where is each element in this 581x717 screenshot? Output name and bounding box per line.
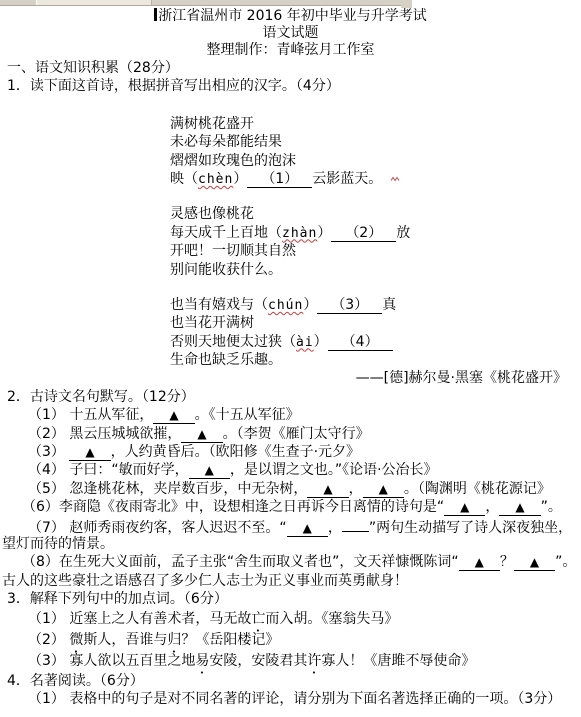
text-cursor xyxy=(154,8,157,21)
q2-item-8: （8）在生死大义面前，孟子主张“舍生而取义者也”，文天祥慷慨陈词“▲？▲”。 xyxy=(7,553,581,571)
answer-blank-triangle: ▲ xyxy=(153,408,194,424)
dotted-word: 易 xyxy=(195,653,209,669)
section1-heading: 一、语文知识积累（28分） xyxy=(7,59,581,77)
answer-blank-2: （2） xyxy=(331,225,396,242)
answer-blank-triangle: ▲ xyxy=(444,500,485,516)
poem-line: 满树桃花盛开 xyxy=(170,115,581,133)
answer-blank-triangle: ▲ xyxy=(499,500,540,516)
q2-item-2: （2） 黑云压城城欲摧，▲。（李贺《雁门太守行》 xyxy=(7,425,581,443)
answer-blank-triangle: ▲ xyxy=(189,463,230,479)
q2-item-7: （7） 赵师秀雨夜约客，客人迟迟不至。“▲，”两句生动描写了诗人深夜独坐， xyxy=(7,517,581,535)
dotted-word: 归 xyxy=(167,632,181,648)
q2-item-7-continuation: 望灯而待的情景。 xyxy=(2,535,581,553)
q3-item-2: （2） 微斯人，吾谁与归？《岳阳楼记》 xyxy=(7,630,581,651)
q2-item-8-continuation: 古人的这些豪壮之语感召了多少仁人志士为正义事业而英勇献身！ xyxy=(2,572,581,590)
poem-line: 也当花开满树 xyxy=(170,314,581,332)
answer-blank-1: （1） xyxy=(247,171,312,188)
q2-item-5: （5） 忽逢桃花林，夹岸数百步，中无杂树，▲，▲。（陶渊明《桃花源记》 xyxy=(7,480,581,498)
answer-blank-triangle: ▲ xyxy=(307,482,348,498)
pinyin-ai: ài xyxy=(296,335,314,350)
q4-sub1: （1） 表格中的句子是对不同名著的评论，请分别为下面名著选择正确的一项。（3分） xyxy=(7,690,581,708)
poem-line: 别问能收获什么。 xyxy=(170,261,581,279)
pinyin-zhan: zhàn xyxy=(282,226,317,241)
pinyin-chun: chún xyxy=(268,298,303,313)
q3-prompt: 3．解释下列句中的加点词。（6分） xyxy=(7,590,581,608)
spellcheck-squiggle-icon xyxy=(390,176,402,182)
answer-blank-triangle: ▲ xyxy=(69,445,110,461)
q2-item-6: （6）李商隐《夜雨寄北》中，设想相逢之日再诉今日离情的诗句是“▲，▲”。 xyxy=(7,498,581,516)
doc-title: 浙江省温州市 2016 年初中毕业与升学考试 xyxy=(158,8,427,24)
poem-line: 映（chèn）（1）云影蓝天。 xyxy=(170,170,581,188)
answer-blank-3: （3） xyxy=(317,297,382,314)
poem-line: 每天成千上百地（zhàn）（2）放 xyxy=(170,224,581,242)
poem-line: 否则天地便太过狭（ài）（4） xyxy=(170,333,581,351)
title-block: 浙江省温州市 2016 年初中毕业与升学考试 语文试题 整理制作：青峰弦月工作室 xyxy=(0,8,581,59)
poem-line: 也当有嬉戏与（chún）（3）真 xyxy=(170,296,581,314)
document-page[interactable]: 浙江省温州市 2016 年初中毕业与升学考试 语文试题 整理制作：青峰弦月工作室… xyxy=(0,0,581,708)
answer-blank-triangle: ▲ xyxy=(459,555,500,571)
q3-item-3: （3） 寡人欲以五百里之地易安陵，安陵君其许寡人！《唐雎不辱使命》 xyxy=(7,651,581,672)
answer-blank-short xyxy=(342,517,369,532)
q1-prompt: 1．读下面这首诗，根据拼音写出相应的汉字。（4分） xyxy=(7,77,581,95)
dotted-word: 许 xyxy=(307,653,321,669)
poem-line: 熠熠如玫瑰色的泡沫 xyxy=(170,152,581,170)
poem-attribution: ——[德]赫尔曼·黑塞《桃花盛开》 xyxy=(7,369,581,387)
q2-item-1: （1） 十五从军征，▲。《十五从军征》 xyxy=(7,406,581,424)
q2-prompt: 2．古诗文名句默写。（12分） xyxy=(7,388,581,406)
answer-blank-triangle: ▲ xyxy=(287,521,328,537)
q2-item-4: （4） 子曰：“敏而好学，▲，是以谓之文也。”《论语·公冶长》 xyxy=(7,461,581,479)
answer-blank-4: （4） xyxy=(328,334,393,351)
window-edge-notch xyxy=(401,5,412,8)
answer-blank-triangle: ▲ xyxy=(514,555,555,571)
window-edge-bar xyxy=(0,0,412,6)
q4-prompt: 4．名著阅读。（6分） xyxy=(7,672,581,690)
pinyin-chen: chèn xyxy=(198,172,233,187)
doc-credit: 整理制作：青峰弦月工作室 xyxy=(0,42,581,59)
dotted-word: 微 xyxy=(69,632,83,648)
q2-item-3: （3） ▲，人约黄昏后。（欧阳修《生查子·元夕》 xyxy=(7,443,581,461)
poem-line: 生命也缺乏乐趣。 xyxy=(170,351,581,369)
poem-line: 灵感也像桃花 xyxy=(170,205,581,223)
dotted-word: 亡 xyxy=(251,611,265,627)
poem-line: 开吧！一切顺其自然 xyxy=(170,242,581,260)
doc-subtitle: 语文试题 xyxy=(0,25,581,42)
poem-block: 满树桃花盛开 未必每朵都能结果 熠熠如玫瑰色的泡沫 映（chèn）（1）云影蓝天… xyxy=(170,115,581,370)
poem-line: 未必每朵都能结果 xyxy=(170,133,581,151)
q3-item-1: （1） 近塞上之人有善术者，马无故亡而入胡。《塞翁失马》 xyxy=(7,609,581,630)
window-tab[interactable] xyxy=(36,0,152,5)
answer-blank-triangle: ▲ xyxy=(181,427,222,443)
answer-blank-triangle: ▲ xyxy=(363,482,404,498)
document-content: 一、语文知识积累（28分） 1．读下面这首诗，根据拼音写出相应的汉字。（4分） … xyxy=(0,59,581,708)
